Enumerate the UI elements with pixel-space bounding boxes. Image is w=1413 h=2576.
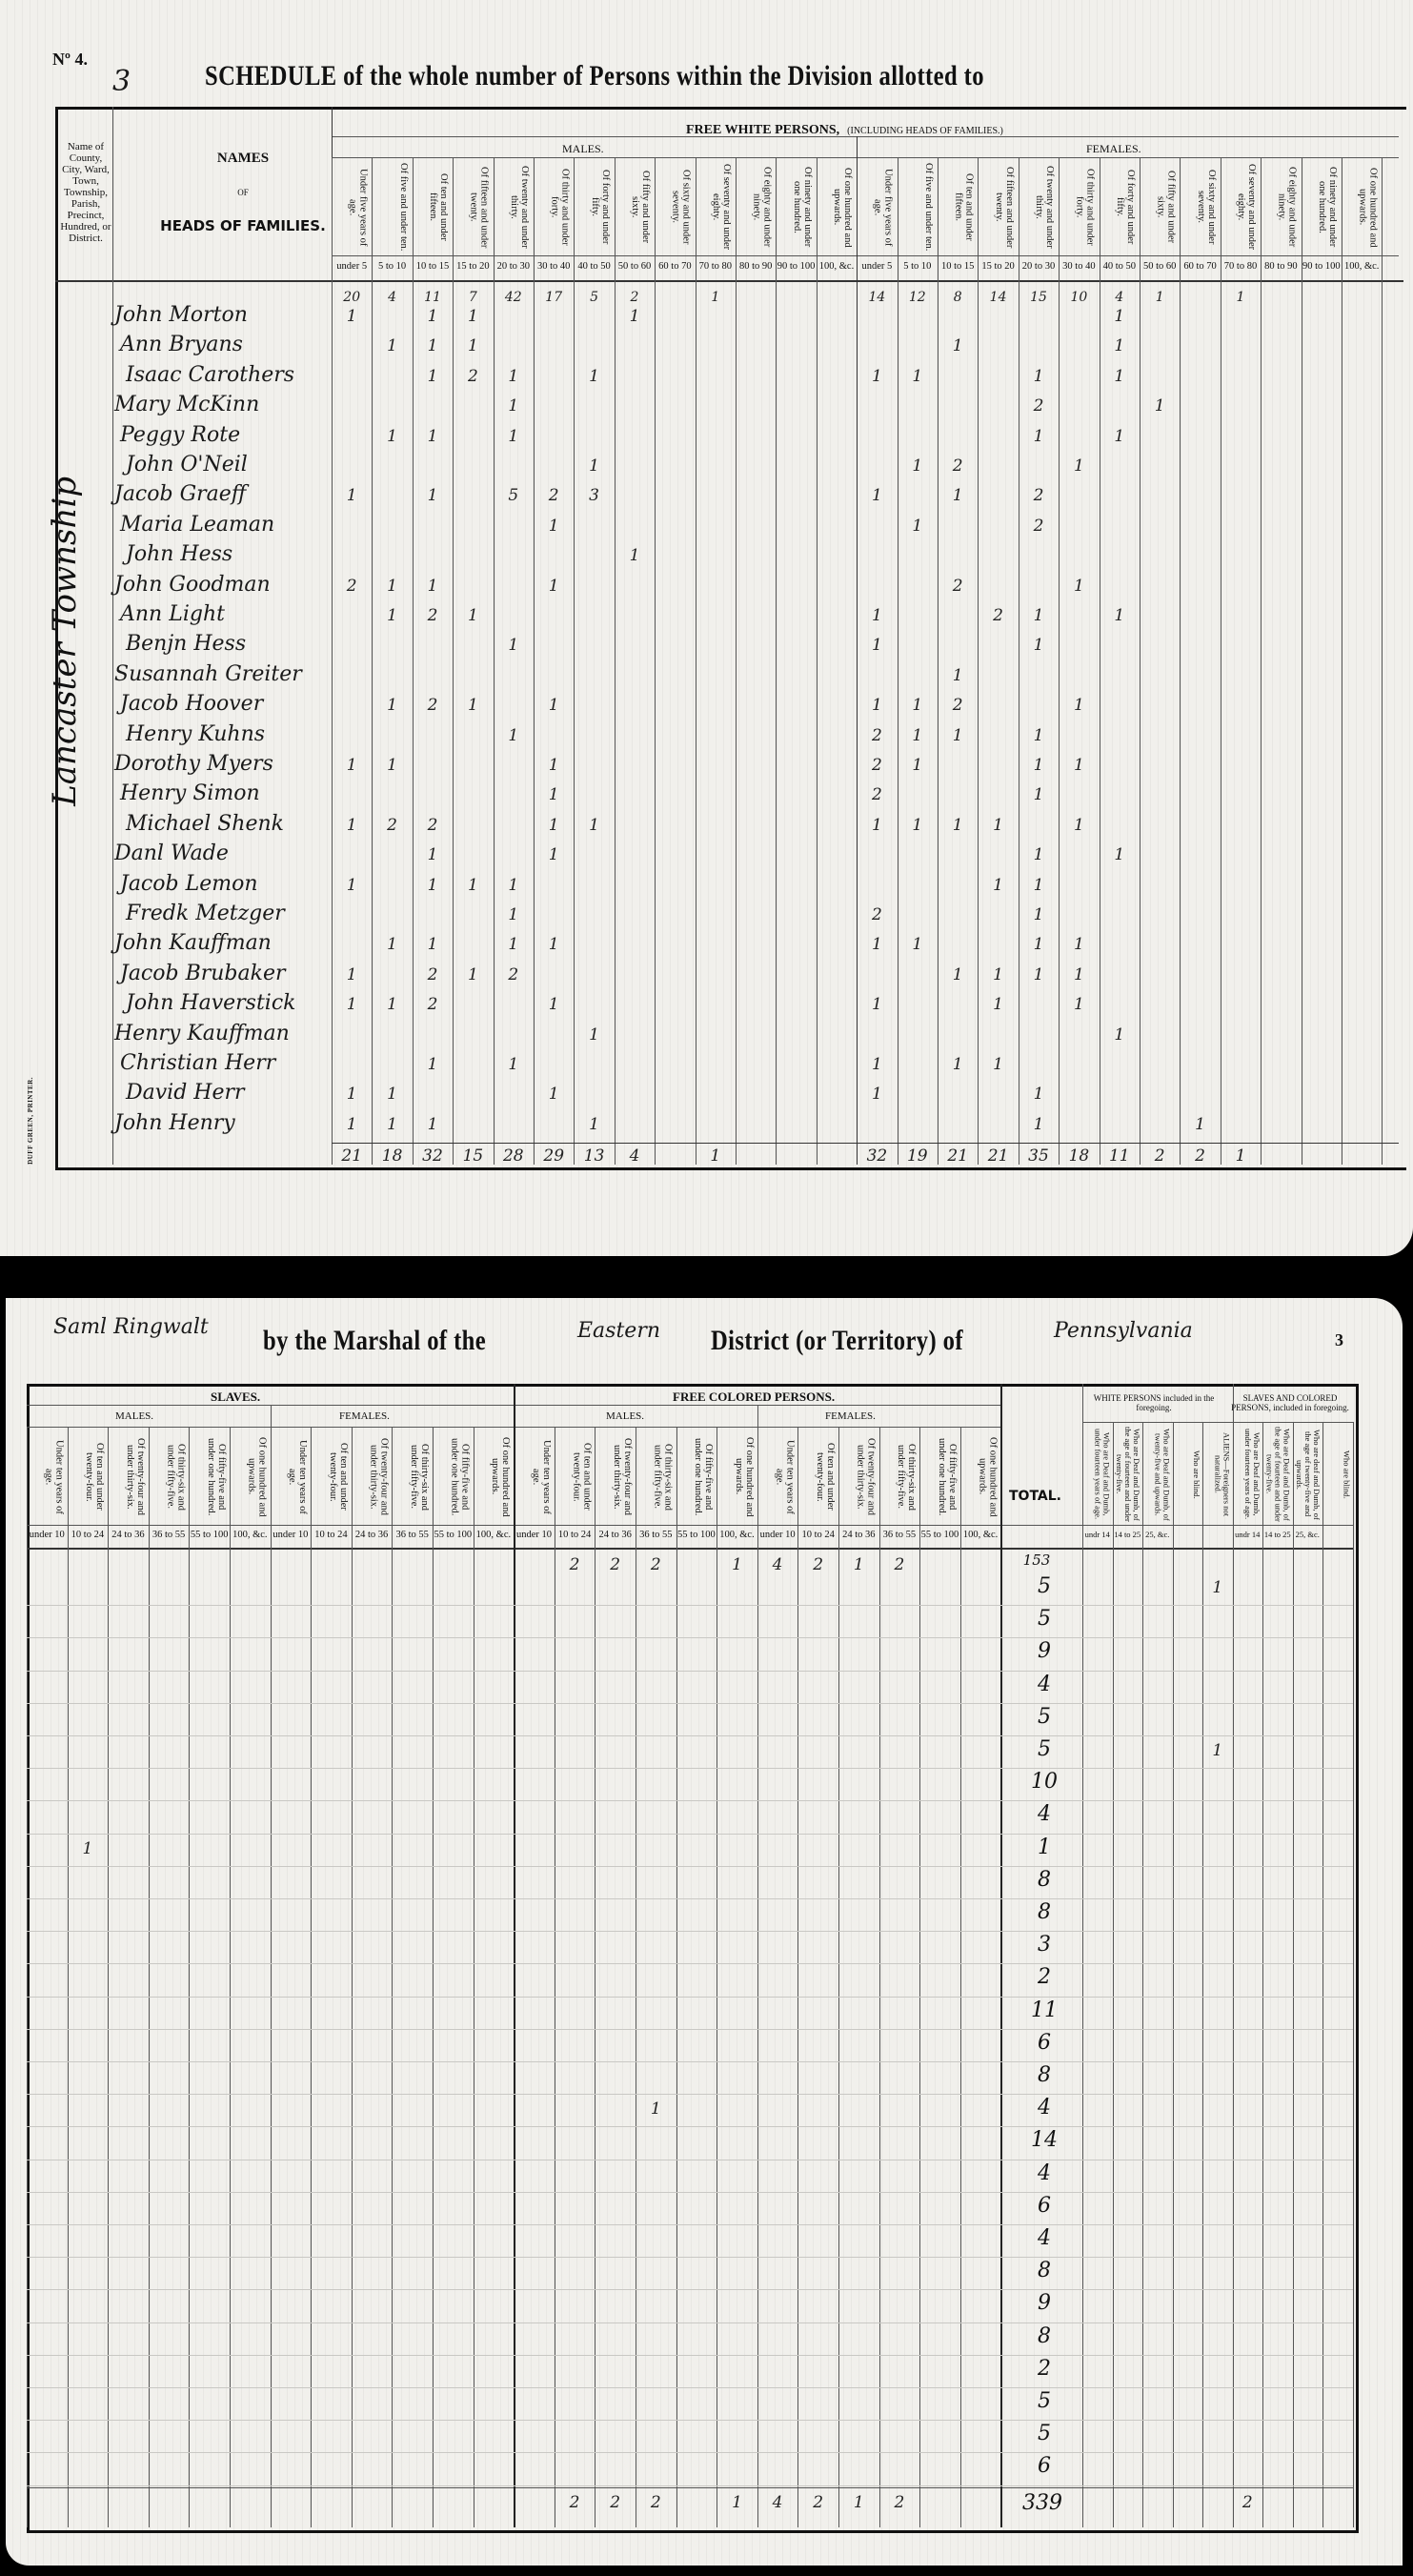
age-range-caption: 50 to 60 <box>615 261 655 272</box>
column-divider <box>574 157 575 1165</box>
age-range-caption: 36 to 55 <box>149 1530 190 1540</box>
family-total: 8 <box>1025 1868 1063 1892</box>
head-of-family-name: Ann Bryans <box>120 333 243 356</box>
tally-mark: 1 <box>534 816 574 835</box>
age-range-caption: under 10 <box>27 1530 68 1540</box>
column-description: Who are Deaf and Dumb, of the age of fou… <box>1115 1427 1141 1522</box>
tally-mark: 1 <box>372 606 412 625</box>
column-description: Of one hundred and upwards. <box>232 1431 268 1522</box>
row-rule <box>27 1768 1353 1769</box>
tally-mark: 1 <box>494 1055 534 1074</box>
tally-mark: 1 <box>372 1115 412 1134</box>
family-total: 9 <box>1025 2291 1063 2315</box>
head-of-family-name: Jacob Lemon <box>120 872 257 896</box>
column-divider <box>838 1427 839 2527</box>
head-of-family-name: Maria Leaman <box>120 513 274 537</box>
column-divider <box>717 1427 717 2527</box>
column-description: Of thirty and under forty. <box>537 162 570 253</box>
tally-mark: 1 <box>857 1085 897 1104</box>
tally-mark: 5 <box>494 486 534 505</box>
age-range-caption: 15 to 20 <box>453 261 493 272</box>
age-range-caption: 20 to 30 <box>1019 261 1059 272</box>
district-handwritten: Eastern <box>577 1319 660 1343</box>
alien-mark: 1 <box>1202 1578 1233 1597</box>
tally-mark: 1 <box>534 756 574 775</box>
column-description: Under ten years of age. <box>516 1431 552 1522</box>
tally-mark: 1 <box>534 935 574 954</box>
family-total: 8 <box>1025 2259 1063 2282</box>
tally-mark: 1 <box>413 307 453 326</box>
age-range-caption: under 5 <box>857 261 897 272</box>
column-description: Who are Deaf and Dumb, of the age of fou… <box>1264 1427 1291 1522</box>
tally-mark: 1 <box>534 995 574 1014</box>
carried-forward-count: 2 <box>615 290 655 305</box>
column-total: 1 <box>717 2493 757 2512</box>
tally-mark: 1 <box>1019 427 1059 446</box>
column-divider <box>696 157 696 1165</box>
column-total: 21 <box>332 1146 372 1166</box>
row-rule <box>27 1834 1353 1835</box>
tally-mark: 1 <box>413 577 453 596</box>
column-description: Of ninety and under one hundred. <box>779 162 812 253</box>
tally-mark: 1 <box>494 935 534 954</box>
family-total: 5 <box>1025 1705 1063 1729</box>
tally-mark: 1 <box>494 876 534 895</box>
age-range-caption: 80 to 90 <box>1261 261 1301 272</box>
tally-mark: 1 <box>1140 396 1180 416</box>
family-total: 4 <box>1025 2096 1063 2120</box>
tally-mark: 1 <box>413 1115 453 1134</box>
column-total: 18 <box>1059 1146 1099 1166</box>
age-range-caption: 40 to 50 <box>574 261 614 272</box>
carried-forward-count: 4 <box>757 1555 798 1574</box>
tally-mark: 2 <box>1019 517 1059 536</box>
tally-mark: 1 <box>453 606 493 625</box>
column-total: 2 <box>636 2493 676 2512</box>
tally-mark: 1 <box>534 1085 574 1104</box>
column-total: 4 <box>615 1146 655 1166</box>
column-divider <box>230 1427 231 2527</box>
column-divider <box>1353 1422 1354 2527</box>
census-table-frame <box>27 1384 1359 2533</box>
tally-mark: 1 <box>615 307 655 326</box>
column-description: Of fifty-five and under one hundred. <box>192 1431 227 1522</box>
head-of-family-name: Susannah Greiter <box>114 662 302 686</box>
column-total: 11 <box>1100 1146 1140 1166</box>
tally-mark: 1 <box>938 816 978 835</box>
column-description: Of eighty and under ninety. <box>1264 162 1297 253</box>
tally-mark: 1 <box>938 726 978 745</box>
carried-forward-count: 17 <box>534 290 574 305</box>
family-total: 6 <box>1025 2031 1063 2055</box>
column-divider <box>1382 157 1383 1165</box>
tally-mark: 1 <box>534 517 574 536</box>
tally-mark: 1 <box>574 816 614 835</box>
tally-mark: 1 <box>1059 756 1099 775</box>
tally-mark: 1 <box>1019 876 1059 895</box>
tally-mark: 1 <box>978 965 1018 984</box>
head-of-family-name: Jacob Brubaker <box>120 962 286 985</box>
carried-forward-count: 4 <box>372 290 412 305</box>
column-total: 35 <box>1019 1146 1059 1166</box>
age-range-caption: 36 to 55 <box>879 1530 920 1540</box>
column-total: 21 <box>938 1146 978 1166</box>
tally-mark: 1 <box>857 816 897 835</box>
divider <box>1082 1422 1353 1423</box>
age-range-caption: 100, &c. <box>474 1530 515 1540</box>
carried-forward-count: 2 <box>555 1555 595 1574</box>
names-header-3: HEADS OF FAMILIES. <box>114 217 372 234</box>
tally-mark: 1 <box>372 1085 412 1104</box>
tally-mark: 1 <box>574 367 614 386</box>
row-rule <box>27 2192 1353 2193</box>
tally-mark: 1 <box>534 577 574 596</box>
tally-mark: 1 <box>898 726 938 745</box>
row-rule <box>27 2094 1353 2095</box>
head-of-family-name: Jacob Hoover <box>120 692 263 716</box>
county-handwritten: Lancaster Township <box>46 477 84 806</box>
column-description: Who are blind. <box>1175 1427 1201 1522</box>
row-rule <box>27 1637 1353 1638</box>
age-range-caption: 100, &c. <box>960 1530 1001 1540</box>
tally-mark: 1 <box>413 845 453 864</box>
carried-forward-count: 1 <box>717 1555 757 1574</box>
column-divider <box>1082 1384 1083 2527</box>
row-rule <box>27 2126 1353 2127</box>
page-number-label: Nº 4. <box>52 50 88 70</box>
age-range-caption: 36 to 55 <box>392 1530 433 1540</box>
divider <box>332 255 1399 256</box>
column-divider <box>1233 1384 1234 2527</box>
column-total: 21 <box>978 1146 1018 1166</box>
age-range-caption: 24 to 36 <box>352 1530 393 1540</box>
state-handwritten: Pennsylvania <box>1054 1319 1193 1343</box>
age-range-caption: 100, &c. <box>717 1530 757 1540</box>
head-of-family-name: John Goodman <box>114 573 271 597</box>
tally-mark: 1 <box>938 1055 978 1074</box>
tally-mark: 1 <box>898 756 938 775</box>
tally-mark: 1 <box>938 666 978 685</box>
tally-mark: 1 <box>413 486 453 505</box>
family-total: 10 <box>1025 1770 1063 1794</box>
column-divider <box>776 157 777 1165</box>
column-total: 32 <box>857 1146 897 1166</box>
tally-mark: 1 <box>332 995 372 1014</box>
fcp-males-header: MALES. <box>606 1410 644 1422</box>
head-of-family-name: Benjn Hess <box>126 632 246 656</box>
slaves-males-header: MALES. <box>115 1410 153 1422</box>
tally-mark: 1 <box>615 546 655 565</box>
tally-mark: 1 <box>453 965 493 984</box>
tally-mark: 1 <box>413 1055 453 1074</box>
column-total: 4 <box>757 2493 798 2512</box>
column-description: Under five years of age. <box>860 162 893 253</box>
tally-mark: 1 <box>453 876 493 895</box>
family-total: 6 <box>1025 2194 1063 2218</box>
column-description: Of twenty-four and under thirty-six. <box>354 1431 390 1522</box>
family-total: 11 <box>1025 1998 1063 2022</box>
column-divider <box>938 157 939 1165</box>
column-description: Of twenty-four and under thirty-six. <box>597 1431 633 1522</box>
column-divider <box>1261 157 1262 1165</box>
column-divider <box>595 1427 595 2527</box>
title-district: District (or Territory) of <box>711 1325 963 1357</box>
column-divider <box>1000 1384 1002 2527</box>
tally-mark: 1 <box>1019 726 1059 745</box>
total-header: TOTAL. <box>1009 1489 1061 1504</box>
family-total: 5 <box>1025 2389 1063 2413</box>
column-total: 28 <box>494 1146 534 1166</box>
column-description: Who are deaf and Dumb, of the age of twe… <box>1295 1427 1322 1522</box>
column-description: Of ten and under twenty-four. <box>557 1431 593 1522</box>
carried-forward-count: 10 <box>1059 290 1099 305</box>
family-total: 1 <box>1025 1836 1063 1859</box>
column-divider <box>1221 157 1221 1165</box>
fcp-females-header: FEMALES. <box>825 1410 876 1422</box>
tally-mark: 1 <box>332 756 372 775</box>
column-divider <box>797 1427 798 2527</box>
age-range-caption: 100, &c. <box>1342 261 1382 272</box>
tally-mark: 2 <box>413 816 453 835</box>
tally-mark: 2 <box>857 905 897 924</box>
column-divider <box>474 1427 474 2527</box>
age-range-caption: 14 to 25 <box>1262 1530 1293 1539</box>
column-total: 18 <box>372 1146 412 1166</box>
row-rule <box>27 1931 1353 1932</box>
tally-mark: 2 <box>453 367 493 386</box>
age-range-caption: under 10 <box>271 1530 312 1540</box>
column-description: Of fifteen and under twenty. <box>456 162 489 253</box>
column-divider <box>960 1427 961 2527</box>
age-range-caption: 90 to 100 <box>1302 261 1342 272</box>
column-divider <box>392 1427 393 2527</box>
age-range-caption: 10 to 15 <box>413 261 453 272</box>
family-total: 8 <box>1025 1900 1063 1924</box>
age-range-caption: 10 to 24 <box>555 1530 595 1540</box>
column-description: Of ninety and under one hundred. <box>1305 162 1338 253</box>
head-of-family-name: John Kauffman <box>114 931 272 955</box>
head-of-family-name: Isaac Carothers <box>126 363 294 387</box>
column-divider <box>27 1427 28 2527</box>
row-rule <box>27 2355 1353 2356</box>
column-description: Of one hundred and upwards. <box>1345 162 1378 253</box>
column-description: Who are Deaf and Dumb, under fourteen ye… <box>1084 1427 1111 1522</box>
row-rule <box>27 1703 1353 1704</box>
head-of-family-name: John Morton <box>114 303 248 327</box>
row-rule <box>27 2160 1353 2160</box>
schedule-title: SCHEDULE of the whole number of Persons … <box>205 60 984 92</box>
age-range-caption: 25, &c. <box>1293 1530 1323 1539</box>
slaves-header: SLAVES. <box>211 1389 260 1405</box>
age-range-caption: 30 to 40 <box>1059 261 1099 272</box>
aliens-total: 2 <box>1233 2493 1263 2512</box>
tally-mark: 2 <box>1019 486 1059 505</box>
column-total: 2 <box>879 2493 920 2512</box>
row-rule <box>27 1866 1353 1867</box>
age-range-caption: under 5 <box>332 261 372 272</box>
census-page-right: Saml Ringwalt by the Marshal of the East… <box>6 1298 1403 2566</box>
column-total: 15 <box>453 1146 493 1166</box>
tally-mark: 1 <box>413 367 453 386</box>
tally-mark: 1 <box>1019 1085 1059 1104</box>
column-divider <box>271 1405 272 2527</box>
handwritten-page-number: 3 <box>112 65 131 98</box>
column-description: Who are Deaf and Dumb, under fourteen ye… <box>1235 1427 1262 1522</box>
tally-mark: 1 <box>898 696 938 715</box>
tally-mark: 1 <box>1019 845 1059 864</box>
tally-mark: 1 <box>857 995 897 1014</box>
family-total: 4 <box>1025 1673 1063 1696</box>
column-description: Of one hundred and upwards. <box>719 1431 755 1522</box>
tally-mark: 1 <box>494 396 534 416</box>
family-total: 5 <box>1025 1607 1063 1631</box>
age-range-caption: 15 to 20 <box>978 261 1018 272</box>
tally-mark: 1 <box>1059 696 1099 715</box>
column-divider <box>1293 1422 1294 2527</box>
tally-mark: 1 <box>1100 336 1140 355</box>
carried-forward-count: 2 <box>595 1555 636 1574</box>
age-range-caption: 14 to 25 <box>1113 1530 1143 1539</box>
head-of-family-name: Henry Simon <box>120 781 260 805</box>
column-description: Of one hundred and upwards. <box>963 1431 999 1522</box>
column-description: Of thirty-six and under fifty-five. <box>151 1431 187 1522</box>
column-total: 2 <box>797 2493 838 2512</box>
tally-mark: 1 <box>453 336 493 355</box>
tally-mark: 1 <box>68 1839 109 1858</box>
tally-mark: 1 <box>372 336 412 355</box>
tally-mark: 1 <box>978 816 1018 835</box>
tally-mark: 1 <box>1019 1115 1059 1134</box>
row-rule <box>27 2029 1353 2030</box>
age-range-caption: 40 to 50 <box>1100 261 1140 272</box>
column-divider <box>352 1427 353 2527</box>
tally-mark: 1 <box>332 1085 372 1104</box>
carried-forward-total: 153 <box>1018 1552 1056 1569</box>
column-total: 29 <box>534 1146 574 1166</box>
age-range-caption: 70 to 80 <box>1221 261 1261 272</box>
tally-mark: 1 <box>1100 606 1140 625</box>
column-description: Of ten and under twenty-four. <box>71 1431 106 1522</box>
tally-mark: 2 <box>857 756 897 775</box>
tally-mark: 1 <box>332 816 372 835</box>
tally-mark: 1 <box>857 486 897 505</box>
carried-forward-count: 14 <box>857 290 897 305</box>
family-total: 8 <box>1025 2324 1063 2348</box>
age-range-caption: 55 to 100 <box>919 1530 960 1540</box>
column-divider <box>879 1427 880 2527</box>
carried-forward-count: 15 <box>1019 290 1059 305</box>
carried-forward-count: 1 <box>1140 290 1180 305</box>
column-total: 2 <box>1140 1146 1180 1166</box>
divider <box>27 1525 1353 1526</box>
column-description: Of sixty and under seventy. <box>1183 162 1216 253</box>
tally-mark: 1 <box>413 336 453 355</box>
column-total: 13 <box>574 1146 614 1166</box>
tally-mark: 1 <box>372 696 412 715</box>
divider <box>332 136 1399 137</box>
family-total: 4 <box>1025 2161 1063 2185</box>
tally-mark: 1 <box>978 995 1018 1014</box>
free-colored-persons-header: FREE COLORED PERSONS. <box>673 1389 835 1405</box>
tally-mark: 1 <box>534 845 574 864</box>
names-header-2: OF <box>157 188 329 197</box>
column-divider <box>817 157 818 1165</box>
carried-forward-count: 2 <box>879 1555 920 1574</box>
column-description: Of seventy and under eighty. <box>1224 162 1257 253</box>
column-divider <box>898 157 898 1165</box>
column-description: Of thirty-six and under fifty-five. <box>394 1431 430 1522</box>
tally-mark: 1 <box>1019 905 1059 924</box>
family-total: 14 <box>1025 2128 1063 2152</box>
family-total: 9 <box>1025 1639 1063 1663</box>
column-divider <box>433 1427 434 2527</box>
column-divider <box>189 1427 190 2527</box>
tally-mark: 1 <box>494 726 534 745</box>
tally-mark: 2 <box>372 816 412 835</box>
tally-mark: 1 <box>898 456 938 476</box>
tally-mark: 1 <box>1059 935 1099 954</box>
tally-mark: 2 <box>857 785 897 804</box>
column-total: 1 <box>696 1146 736 1166</box>
tally-mark: 1 <box>898 935 938 954</box>
column-description: Of twenty-four and under thirty-six. <box>111 1431 146 1522</box>
column-description: Of fifty-five and under one hundred. <box>435 1431 471 1522</box>
head-of-family-name: Ann Light <box>120 602 225 626</box>
tally-mark: 1 <box>636 2099 676 2119</box>
row-rule <box>27 2452 1353 2453</box>
divider <box>112 107 113 1165</box>
age-range-caption: 100, &c. <box>230 1530 271 1540</box>
row-rule <box>27 1671 1353 1672</box>
divider <box>332 157 1399 158</box>
tally-mark: 2 <box>938 456 978 476</box>
column-total: 1 <box>838 2493 879 2512</box>
age-range-caption: under 10 <box>757 1530 798 1540</box>
grand-total: 339 <box>1014 2491 1071 2515</box>
age-range-caption: 24 to 36 <box>595 1530 636 1540</box>
head-of-family-name: Danl Wade <box>114 842 229 865</box>
tally-mark: 1 <box>534 696 574 715</box>
tally-mark: 1 <box>1059 816 1099 835</box>
title-by-marshal: by the Marshal of the <box>263 1325 486 1357</box>
tally-mark: 1 <box>1059 995 1099 1014</box>
divider <box>55 280 1403 282</box>
tally-mark: 1 <box>372 756 412 775</box>
slaves-included-header: SLAVES AND COLORED PERSONS, included in … <box>1228 1393 1352 1412</box>
age-range-caption: 5 to 10 <box>898 261 938 272</box>
head-of-family-name: Fredk Metzger <box>126 902 285 925</box>
column-description: Of one hundred and upwards. <box>820 162 853 253</box>
age-range-caption: 80 to 90 <box>736 261 776 272</box>
age-range-caption: 20 to 30 <box>494 261 534 272</box>
carried-forward-count: 1 <box>1221 290 1261 305</box>
head-of-family-name: Henry Kuhns <box>126 722 265 746</box>
column-total: 2 <box>555 2493 595 2512</box>
column-description: Of seventy and under eighty. <box>699 162 732 253</box>
column-divider <box>149 1427 150 2527</box>
head-of-family-name: Henry Kauffman <box>114 1022 290 1045</box>
column-description: Of forty and under fifty. <box>577 162 610 253</box>
column-total: 2 <box>595 2493 636 2512</box>
family-total: 4 <box>1025 1802 1063 1826</box>
row-rule <box>27 2420 1353 2421</box>
column-divider <box>1180 157 1181 1165</box>
row-rule <box>27 2224 1353 2225</box>
row-rule <box>27 2485 1353 2486</box>
column-description: Of ten and under fifteen. <box>416 162 449 253</box>
carried-forward-count: 4 <box>1100 290 1140 305</box>
column-description: Of ten and under fifteen. <box>941 162 974 253</box>
